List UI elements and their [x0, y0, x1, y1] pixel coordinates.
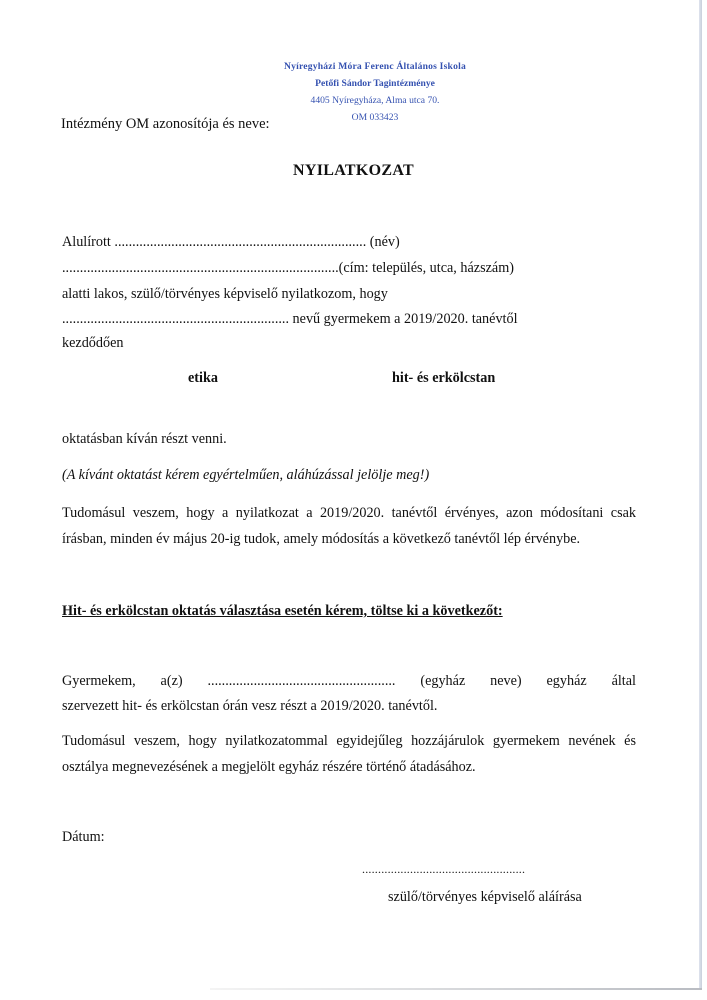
consent-line-2: osztálya megnevezésének a megjelölt egyh… [62, 758, 476, 776]
page-edge-shadow [210, 988, 702, 990]
church-line-2: szervezett hit- és erkölcstan órán vesz … [62, 697, 437, 715]
address-field-line[interactable]: ........................................… [62, 259, 514, 277]
signature-label: szülő/törvényes képviselő aláírása [388, 888, 582, 906]
name-field-line[interactable]: Alulírott ..............................… [62, 233, 400, 251]
stamp-line-address: 4405 Nyíregyháza, Alma utca 70. [270, 92, 480, 109]
document-title: NYILATKOZAT [0, 162, 707, 180]
signature-field-line[interactable]: ........................................… [362, 862, 525, 877]
date-field[interactable]: Dátum: [62, 828, 105, 846]
notice-line-1: Tudomásul veszem, hogy a nyilatkozat a 2… [62, 504, 636, 522]
consent-line-1: Tudomásul veszem, hogy nyilatkozatommal … [62, 732, 636, 750]
resident-statement: alatti lakos, szülő/törvényes képviselő … [62, 285, 388, 303]
stamp-line-school: Nyíregyházi Móra Ferenc Általános Iskola [270, 58, 480, 75]
stamp-line-om: OM 033423 [270, 109, 480, 126]
stamp-line-branch: Petőfi Sándor Tagintézménye [270, 75, 480, 92]
option-religion-ethics[interactable]: hit- és erkölcstan [392, 370, 495, 387]
option-ethics[interactable]: etika [188, 370, 218, 387]
instruction-text: (A kívánt oktatást kérem egyértelműen, a… [62, 466, 429, 484]
starting-text: kezdődően [62, 334, 123, 352]
child-name-field-line[interactable]: ........................................… [62, 310, 518, 328]
church-field-line[interactable]: Gyermekem, a(z) ........................… [62, 672, 636, 690]
institution-label: Intézmény OM azonosítója és neve: [61, 115, 270, 133]
section-heading: Hit- és erkölcstan oktatás választása es… [62, 602, 503, 620]
notice-line-2: írásban, minden év május 20-ig tudok, am… [62, 530, 580, 548]
page-edge [699, 0, 702, 988]
participate-text: oktatásban kíván részt venni. [62, 430, 227, 448]
school-stamp: Nyíregyházi Móra Ferenc Általános Iskola… [270, 58, 480, 126]
